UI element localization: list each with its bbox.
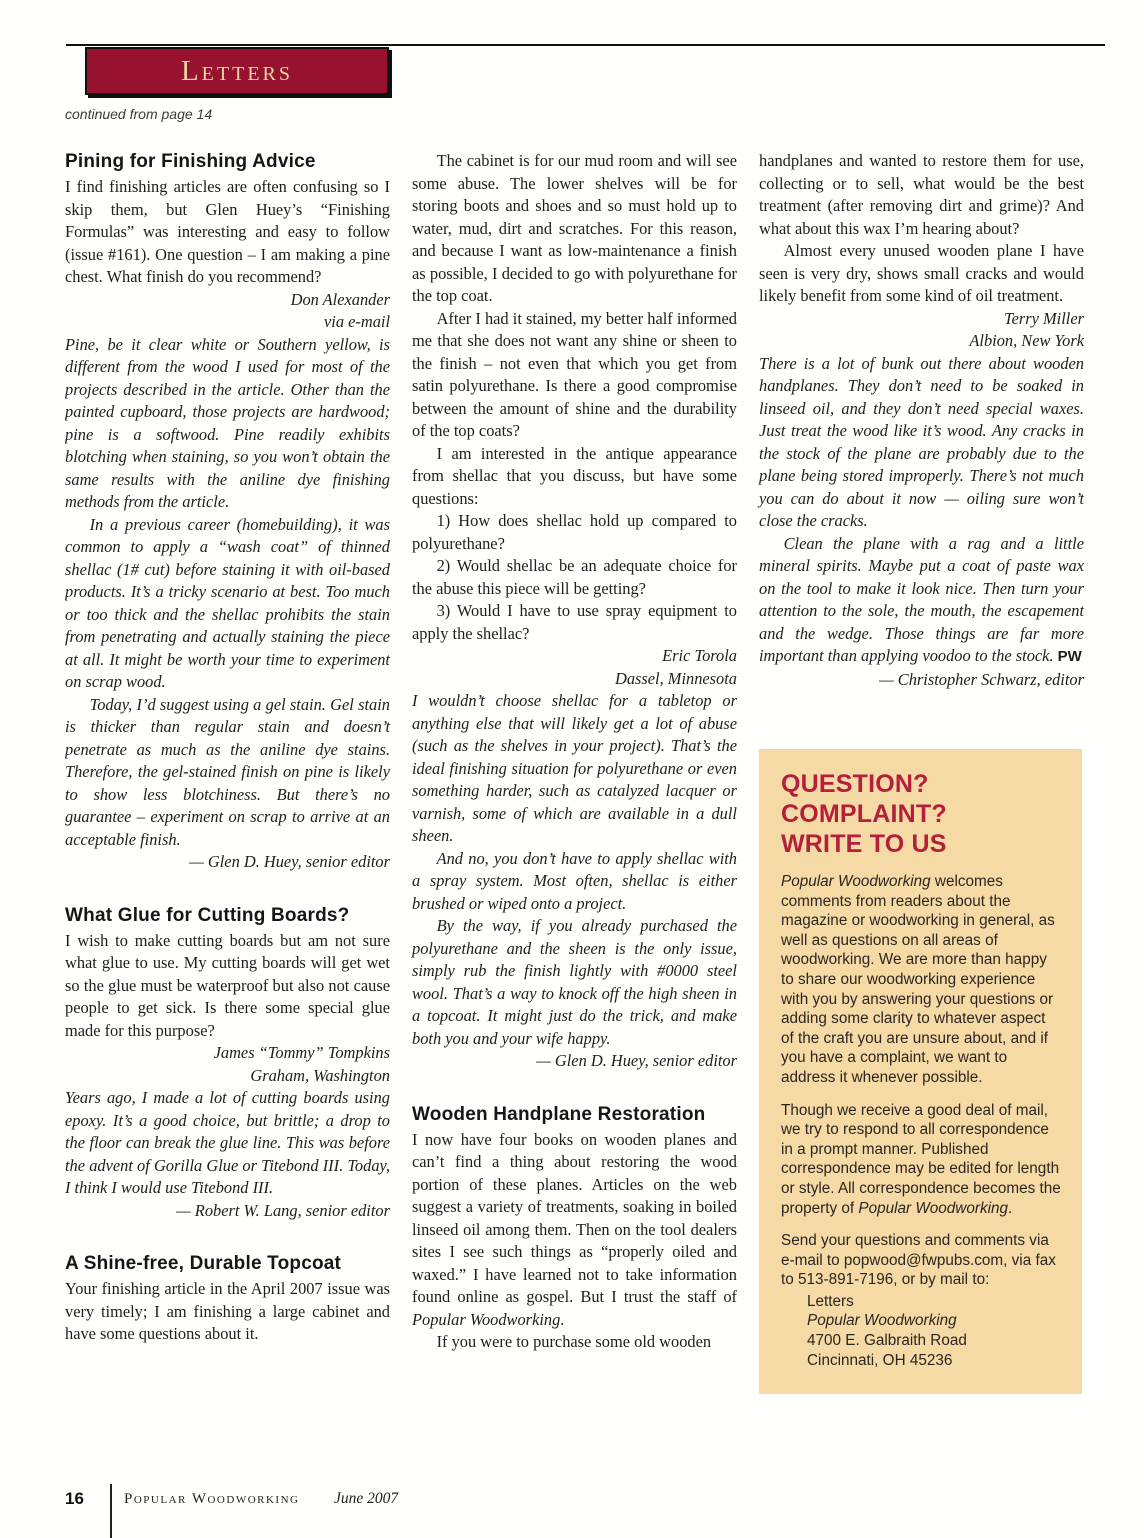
letter-signature-name: James “Tommy” Tompkins — [65, 1042, 390, 1065]
letters-banner: Letters — [85, 47, 389, 95]
editor-reply: And no, you don’t have to apply shellac … — [412, 848, 737, 916]
box-text-part: welcomes comments from readers about the… — [781, 873, 1055, 1086]
letter-signature-name: Don Alexander — [65, 289, 390, 312]
letter-question-item: 3) Would I have to use spray equipment t… — [412, 600, 737, 645]
editor-reply: I wouldn’t choose shellac for a tabletop… — [412, 690, 737, 848]
editor-reply: Pine, be it clear white or Southern yell… — [65, 334, 390, 514]
pw-end-mark: PW — [1058, 648, 1082, 665]
box-paragraph: Though we receive a good deal of mail, w… — [781, 1101, 1062, 1219]
top-rule — [66, 44, 1105, 46]
letter-signature-name: Eric Torola — [412, 645, 737, 668]
box-text-part: . — [1008, 1200, 1012, 1217]
column-1: Pining for Finishing Advice I find finis… — [65, 150, 390, 1480]
address-line: Cincinnati, OH 45236 — [807, 1351, 1062, 1371]
letter-question-item: 1) How does shellac hold up compared to … — [412, 510, 737, 555]
magazine-name: Popular Woodworking — [412, 1310, 560, 1329]
editor-reply: Clean the plane with a rag and a little … — [759, 533, 1084, 669]
letter-heading: Pining for Finishing Advice — [65, 150, 390, 173]
mailing-address: Letters Popular Woodworking 4700 E. Galb… — [781, 1292, 1062, 1370]
letter-text: I wish to make cutting boards but am not… — [65, 930, 390, 1043]
letter-signature-origin: Albion, New York — [759, 330, 1084, 353]
section-title: Letters — [181, 55, 293, 88]
letter-heading: What Glue for Cutting Boards? — [65, 904, 390, 927]
address-line: 4700 E. Galbraith Road — [807, 1331, 1062, 1351]
page-number: 16 — [65, 1489, 84, 1509]
address-line: Letters — [807, 1292, 1062, 1312]
editor-reply: Years ago, I made a lot of cutting board… — [65, 1087, 390, 1200]
letters-columns: Pining for Finishing Advice I find finis… — [65, 150, 1084, 1480]
editor-signature: — Glen D. Huey, senior editor — [65, 851, 390, 874]
letter-text: If you were to purchase some old wooden — [412, 1331, 737, 1354]
footer-issue-date: June 2007 — [334, 1490, 398, 1508]
editor-reply-part: Clean the plane with a rag and a little … — [759, 534, 1084, 666]
letter-question-item: 2) Would shellac be an adequate choice f… — [412, 555, 737, 600]
column-3: handplanes and wanted to restore them fo… — [759, 150, 1084, 1480]
letter-text: I now have four books on wooden planes a… — [412, 1129, 737, 1332]
editor-signature: — Glen D. Huey, senior editor — [412, 1050, 737, 1073]
box-title-line1: QUESTION? COMPLAINT? — [781, 769, 1062, 829]
editor-reply: Today, I’d suggest using a gel stain. Ge… — [65, 694, 390, 852]
letter-text: Your finishing article in the April 2007… — [65, 1278, 390, 1346]
box-paragraph: Send your questions and comments via e-m… — [781, 1231, 1062, 1290]
write-to-us-box: QUESTION? COMPLAINT? WRITE TO US Popular… — [759, 749, 1082, 1394]
magazine-name: Popular Woodworking — [858, 1200, 1008, 1217]
editor-signature: — Christopher Schwarz, editor — [759, 669, 1084, 692]
editor-reply: In a previous career (homebuilding), it … — [65, 514, 390, 694]
letter-text: I find finishing articles are often conf… — [65, 176, 390, 289]
editor-reply: There is a lot of bunk out there about w… — [759, 353, 1084, 533]
editor-reply: By the way, if you already purchased the… — [412, 915, 737, 1050]
letter-text: After I had it stained, my better half i… — [412, 308, 737, 443]
letter-signature-name: Terry Miller — [759, 308, 1084, 331]
letter-heading: A Shine-free, Durable Topcoat — [65, 1252, 390, 1275]
letter-text: The cabinet is for our mud room and will… — [412, 150, 737, 308]
address-line-magazine: Popular Woodworking — [807, 1311, 1062, 1331]
letter-text-part: I now have four books on wooden planes a… — [412, 1130, 737, 1307]
letter-text: handplanes and wanted to restore them fo… — [759, 150, 1084, 240]
letter-signature-origin: Graham, Washington — [65, 1065, 390, 1088]
letter-text: I am interested in the antique appearanc… — [412, 443, 737, 511]
continued-note: continued from page 14 — [65, 106, 212, 122]
box-title-line2: WRITE TO US — [781, 829, 1062, 859]
column-2: The cabinet is for our mud room and will… — [412, 150, 737, 1480]
footer-magazine-name: Popular Woodworking — [124, 1491, 299, 1508]
footer-divider — [110, 1484, 112, 1538]
letter-text-part: . — [560, 1310, 564, 1329]
magazine-name: Popular Woodworking — [781, 873, 931, 890]
letter-text: Almost every unused wooden plane I have … — [759, 240, 1084, 308]
letter-heading: Wooden Handplane Restoration — [412, 1103, 737, 1126]
magazine-page: Letters continued from page 14 Pining fo… — [0, 0, 1144, 1538]
box-paragraph: Popular Woodworking welcomes comments fr… — [781, 872, 1062, 1088]
letter-signature-origin: via e-mail — [65, 311, 390, 334]
letter-signature-origin: Dassel, Minnesota — [412, 668, 737, 691]
editor-signature: — Robert W. Lang, senior editor — [65, 1200, 390, 1223]
